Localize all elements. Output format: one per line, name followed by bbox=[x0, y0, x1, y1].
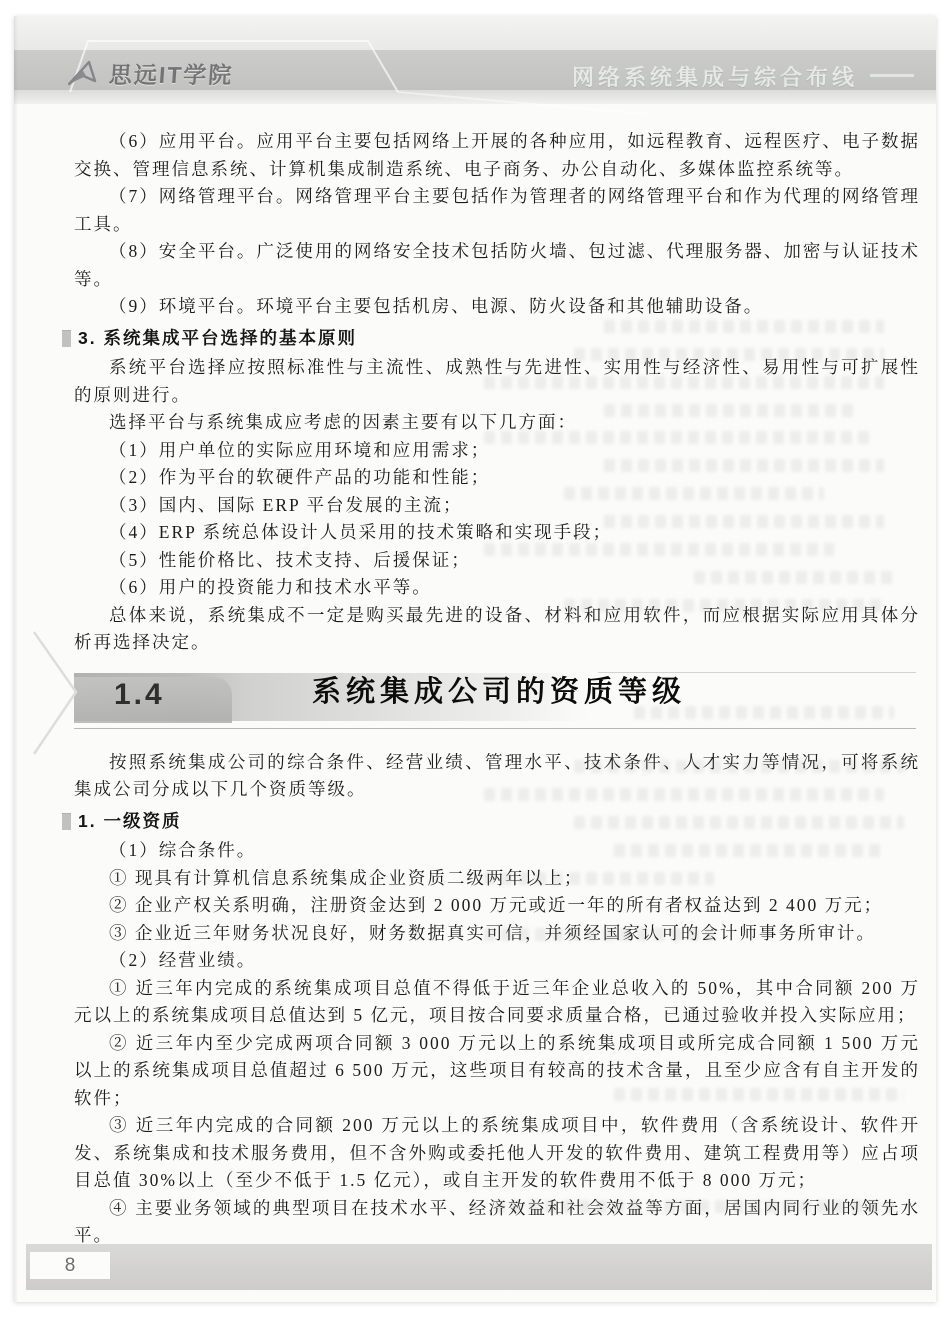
list-item: （1）用户单位的实际应用环境和应用需求； bbox=[74, 437, 920, 465]
list-item: （6）用户的投资能力和技术水平等。 bbox=[74, 574, 920, 602]
list-item: ① 现具有计算机信息系统集成企业资质二级两年以上； bbox=[74, 865, 920, 893]
section-banner: 1.4 系统集成公司的资质等级 bbox=[74, 671, 920, 729]
body-paragraph: （9）环境平台。环境平台主要包括机房、电源、防火设备和其他辅助设备。 bbox=[74, 293, 920, 321]
book-page: 思远IT学院 网络系统集成与综合布线 （6）应用平台。应用平台主要包括网络上开展… bbox=[14, 16, 936, 1302]
page-body-text: （6）应用平台。应用平台主要包括网络上开展的各种应用，如远程教育、远程医疗、电子… bbox=[74, 128, 920, 1250]
page-top-margin bbox=[14, 16, 936, 50]
body-paragraph: （8）安全平台。广泛使用的网络安全技术包括防火墙、包过滤、代理服务器、加密与认证… bbox=[74, 238, 920, 293]
margin-chevron-decoration bbox=[30, 628, 84, 760]
list-item: （3）国内、国际 ERP 平台发展的主流； bbox=[74, 492, 920, 520]
list-item: （4）ERP 系统总体设计人员采用的技术策略和实现手段； bbox=[74, 519, 920, 547]
publisher-logo: 思远IT学院 bbox=[68, 57, 233, 90]
body-paragraph: 选择平台与系统集成应考虑的因素主要有以下几方面： bbox=[74, 409, 920, 437]
page-number: 8 bbox=[65, 1255, 76, 1277]
body-paragraph: 系统平台选择应按照标准性与主流性、成熟性与先进性、实用性与经济性、易用性与可扩展… bbox=[74, 354, 920, 409]
list-item: ④ 主要业务领域的典型项目在技术水平、经济效益和社会效益等方面，居国内同行业的领… bbox=[74, 1195, 920, 1250]
logo-arrow-icon bbox=[68, 60, 100, 88]
list-item: ② 企业产权关系明确，注册资金达到 2 000 万元或近一年的所有者权益达到 2… bbox=[74, 892, 920, 920]
list-item: ③ 近三年内完成的合同额 200 万元以上的系统集成项目中，软件费用（含系统设计… bbox=[74, 1112, 920, 1195]
list-item: ① 近三年内完成的系统集成项目总值不得低于近三年企业总收入的 50%，其中合同额… bbox=[74, 975, 920, 1030]
subsection-heading-platform-selection: 3. 系统集成平台选择的基本原则 bbox=[74, 325, 920, 353]
subsection-heading-level1: 1. 一级资质 bbox=[74, 808, 920, 836]
running-title: 网络系统集成与综合布线 bbox=[572, 61, 858, 92]
list-item: （2）作为平台的软硬件产品的功能和性能； bbox=[74, 464, 920, 492]
section-banner-underline bbox=[74, 728, 916, 729]
running-title-dash bbox=[870, 74, 914, 77]
body-paragraph: （6）应用平台。应用平台主要包括网络上开展的各种应用，如远程教育、远程医疗、电子… bbox=[74, 128, 920, 183]
section-banner-topline bbox=[598, 672, 916, 673]
body-paragraph: 总体来说，系统集成不一定是购买最先进的设备、材料和应用软件，而应根据实际应用具体… bbox=[74, 602, 920, 657]
section-title: 系统集成公司的资质等级 bbox=[312, 679, 686, 707]
section-number: 1.4 bbox=[114, 681, 165, 709]
page-number-box: 8 bbox=[30, 1252, 110, 1279]
bullet-marker-icon bbox=[62, 330, 71, 347]
list-item: ③ 企业近三年财务状况良好，财务数据真实可信，并须经国家认可的会计师事务所审计。 bbox=[74, 920, 920, 948]
subsection-heading-text: 3. 系统集成平台选择的基本原则 bbox=[78, 328, 357, 348]
body-paragraph: 按照系统集成公司的综合条件、经营业绩、管理水平、技术条件、人才实力等情况，可将系… bbox=[74, 749, 920, 804]
body-paragraph: （7）网络管理平台。网络管理平台主要包括作为管理者的网络管理平台和作为代理的网络… bbox=[74, 183, 920, 238]
logo-text: 思远IT学院 bbox=[108, 57, 235, 90]
list-item: （5）性能价格比、技术支持、后援保证； bbox=[74, 547, 920, 575]
list-item: （2）经营业绩。 bbox=[74, 947, 920, 975]
bullet-marker-icon bbox=[62, 813, 71, 830]
page-footer-band: 8 bbox=[26, 1244, 932, 1290]
list-item: ② 近三年内至少完成两项合同额 3 000 万元以上的系统集成项目或所完成合同额… bbox=[74, 1030, 920, 1113]
subsection-heading-text: 1. 一级资质 bbox=[78, 811, 181, 831]
list-item: （1）综合条件。 bbox=[74, 837, 920, 865]
header-band-shadow bbox=[14, 90, 936, 104]
